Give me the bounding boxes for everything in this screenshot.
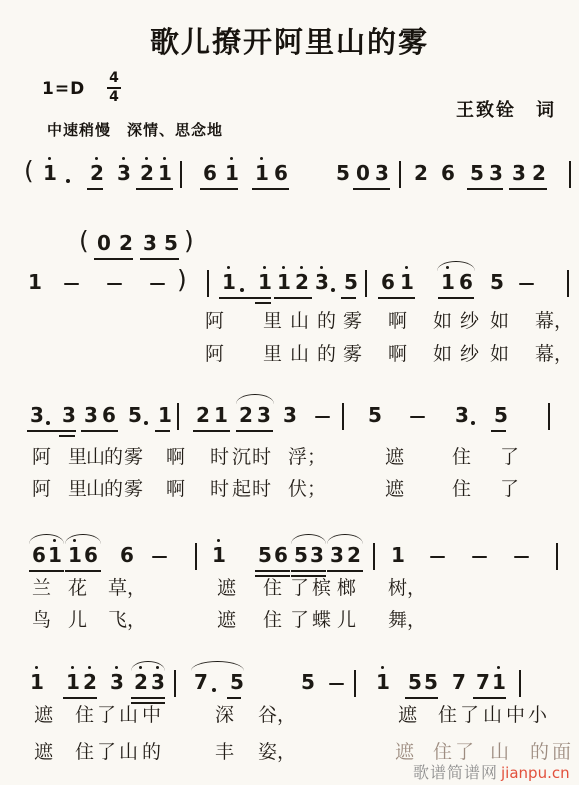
beam-line	[155, 430, 170, 432]
barline	[569, 161, 571, 188]
beam-line	[353, 188, 390, 190]
lyric-char: 飞，	[108, 610, 146, 632]
beam-line	[255, 570, 290, 572]
lyric-char: 了	[460, 705, 479, 727]
note-digit: 3	[30, 405, 44, 425]
beam-line	[291, 570, 326, 572]
lyric-char: 了	[290, 610, 309, 632]
note-digit: 5	[490, 272, 504, 292]
lyric-char: 儿	[68, 610, 87, 632]
lyric-char: 小	[528, 705, 547, 727]
beam-line	[94, 258, 133, 260]
lyric-char: 里	[68, 447, 87, 469]
lyric-char: 遮	[34, 742, 53, 764]
lyric-char: 山	[483, 705, 502, 727]
extension-dash	[430, 556, 445, 558]
barline	[207, 270, 209, 297]
note-digit: 1	[158, 163, 172, 183]
note-digit: 1	[376, 672, 390, 692]
lyric-char: 姿，	[258, 742, 296, 764]
note-digit: 5	[258, 545, 272, 565]
note-digit: 2	[532, 163, 546, 183]
note-digit: 2	[295, 272, 309, 292]
beam-line	[140, 258, 179, 260]
beam-line	[341, 297, 356, 299]
lyric-char: 纱	[460, 344, 479, 366]
lyric-char: 兰	[32, 578, 51, 600]
lyric-char: 啊	[388, 311, 407, 333]
lyric-char: 了	[500, 447, 519, 469]
slur-arc	[65, 534, 101, 544]
beam-line	[29, 570, 64, 572]
note-digit: 1	[30, 672, 44, 692]
note-digit: 2	[196, 405, 210, 425]
beam-line	[274, 297, 312, 299]
lyric-char: 里	[263, 311, 282, 333]
lyric-char: 的	[104, 479, 123, 501]
note-digit: 3	[117, 163, 131, 183]
lyric-char: 遮	[385, 447, 404, 469]
lyric-char: 住	[75, 742, 94, 764]
note-digit: 1	[43, 163, 57, 183]
lyric-char: 住	[438, 705, 457, 727]
lyric-char: 中	[142, 705, 161, 727]
lyric-char: 时	[252, 447, 271, 469]
note-digit: 1	[214, 405, 228, 425]
note-digit: 7	[194, 672, 208, 692]
lyric-char: 啊	[166, 479, 185, 501]
lyric-char: 住	[452, 447, 471, 469]
octave-dot	[260, 157, 264, 161]
beam-line	[291, 575, 326, 577]
note-digit: 5	[368, 405, 382, 425]
note-digit: 3	[489, 163, 503, 183]
lyric-char: 了	[97, 742, 116, 764]
beam-line	[236, 430, 273, 432]
lyric-char: 时	[252, 479, 271, 501]
lyric-char: 山	[119, 742, 138, 764]
octave-dot	[230, 157, 234, 161]
octave-dot	[122, 157, 126, 161]
note-digit: 5	[494, 405, 508, 425]
note-digit: 1	[277, 272, 291, 292]
lyric-char: 时	[210, 479, 229, 501]
octave-dot	[35, 666, 39, 670]
beam-line	[131, 697, 165, 699]
extension-dash	[150, 283, 165, 285]
slur-arc	[29, 534, 64, 544]
note-digit: 1	[225, 163, 239, 183]
barline	[373, 543, 375, 570]
lyric-char: 山	[290, 311, 309, 333]
lyric-char: 如	[490, 344, 509, 366]
beam-line	[255, 302, 271, 304]
extension-dash	[472, 556, 487, 558]
sheet-page: 歌儿撩开阿里山的雾 1=D 4 4 王致铨 词 中速稍慢 深情、思念地 (123…	[0, 0, 579, 785]
lyric-char: 如	[490, 311, 509, 333]
octave-dot	[263, 266, 267, 270]
lyric-char: 山	[86, 479, 105, 501]
note-digit: 1	[28, 272, 42, 292]
beam-line	[491, 430, 506, 432]
lyric-char: 阿	[32, 479, 51, 501]
lyric-char: 住	[263, 610, 282, 632]
lyric-char: 沉	[232, 447, 251, 469]
note-digit: 2	[347, 545, 361, 565]
note-digit: 3	[310, 545, 324, 565]
note-digit: 1	[158, 405, 172, 425]
lyric-char: 纱	[460, 311, 479, 333]
beam-line	[81, 430, 118, 432]
note-digit: 1	[68, 545, 82, 565]
octave-dot	[217, 539, 221, 543]
lyric-char: 了	[500, 479, 519, 501]
lyric-char: 了	[97, 705, 116, 727]
lyric-char: 花	[68, 578, 87, 600]
lyric-char: 阿	[32, 447, 51, 469]
note-digit: 1	[212, 545, 226, 565]
lyric-char: 雾	[343, 311, 362, 333]
note-digit: 5	[230, 672, 244, 692]
lyric-char: 遮	[217, 578, 236, 600]
note-digit: 1	[492, 672, 506, 692]
note-digit: 6	[32, 545, 46, 565]
note-digit: 6	[459, 272, 473, 292]
note-digit: 3	[283, 405, 297, 425]
lyric-char: 雾	[124, 447, 143, 469]
extension-dash	[107, 283, 122, 285]
barline	[365, 270, 367, 297]
extension-dash	[152, 556, 167, 558]
duration-dot	[240, 288, 244, 292]
lyric-char: 啊	[166, 447, 185, 469]
duration-dot	[66, 179, 70, 183]
note-digit: 3	[110, 672, 124, 692]
octave-dot	[95, 157, 99, 161]
octave-dot	[320, 266, 324, 270]
parenthesis: (	[24, 158, 34, 183]
lyric-char: 起	[232, 479, 251, 501]
note-digit: 7	[476, 672, 490, 692]
lyric-char: 如	[433, 311, 452, 333]
watermark-site-name: 歌谱简谱网	[413, 765, 498, 782]
lyric-char: 谷，	[258, 705, 296, 727]
note-digit: 2	[239, 405, 253, 425]
beam-line	[405, 697, 438, 699]
note-digit: 1	[391, 545, 405, 565]
lyric-char: 里	[263, 344, 282, 366]
octave-dot	[381, 666, 385, 670]
note-digit: 3	[257, 405, 271, 425]
lyric-char: 啊	[388, 344, 407, 366]
beam-line	[65, 570, 101, 572]
note-digit: 5	[470, 163, 484, 183]
lyric-char: 里	[68, 479, 87, 501]
lyric-char: 住	[452, 479, 471, 501]
note-digit: 5	[336, 163, 350, 183]
barline	[177, 403, 179, 430]
beam-line	[473, 697, 506, 699]
beam-line	[252, 188, 289, 190]
lyric-char: 树，	[388, 578, 426, 600]
lyric-char: 中	[506, 705, 525, 727]
note-digit: 3	[512, 163, 526, 183]
lyric-char: 儿	[337, 610, 356, 632]
octave-dot	[115, 666, 119, 670]
lyric-char: 浮；	[288, 447, 326, 469]
note-digit: 7	[452, 672, 466, 692]
note-digit: 3	[84, 405, 98, 425]
note-digit: 3	[455, 405, 469, 425]
lyric-char: 山	[119, 705, 138, 727]
lyric-char: 幕，	[535, 344, 573, 366]
octave-dot	[497, 666, 501, 670]
score: (123216116503265332(0235)1)11123561165阿里…	[0, 0, 579, 785]
barline	[548, 403, 550, 430]
lyric-char: 雾	[124, 479, 143, 501]
lyric-char: 槟	[312, 578, 331, 600]
duration-dot	[331, 288, 335, 292]
lyric-char: 遮	[395, 742, 414, 764]
duration-dot	[144, 421, 148, 425]
note-digit: 1	[222, 272, 236, 292]
duration-dot	[471, 421, 475, 425]
note-digit: 5	[294, 545, 308, 565]
lyric-char: 幕，	[535, 311, 573, 333]
note-digit: 6	[84, 545, 98, 565]
note-digit: 6	[120, 545, 134, 565]
extension-dash	[64, 283, 79, 285]
lyric-char: 时	[210, 447, 229, 469]
note-digit: 5	[164, 233, 178, 253]
note-digit: 3	[151, 672, 165, 692]
note-digit: 3	[143, 233, 157, 253]
note-digit: 1	[66, 672, 80, 692]
octave-dot	[405, 266, 409, 270]
lyric-char: 舞，	[388, 610, 426, 632]
beam-line	[59, 435, 75, 437]
parenthesis: (	[79, 228, 89, 253]
lyric-char: 鸟	[32, 610, 51, 632]
beam-line	[200, 188, 238, 190]
beam-line	[378, 297, 415, 299]
slur-arc	[327, 534, 363, 544]
note-digit: 5	[408, 672, 422, 692]
octave-dot	[88, 666, 92, 670]
note-digit: 5	[424, 672, 438, 692]
beam-line	[63, 697, 97, 699]
watermark: 歌谱简谱网jianpu.cn	[413, 760, 570, 783]
octave-dot	[163, 157, 167, 161]
note-digit: 2	[119, 233, 133, 253]
lyric-char: 草，	[108, 578, 146, 600]
note-digit: 6	[274, 163, 288, 183]
octave-dot	[71, 666, 75, 670]
barline	[519, 670, 521, 697]
lyric-char: 遮	[398, 705, 417, 727]
watermark-site-url: jianpu.cn	[501, 764, 570, 782]
lyric-char: 遮	[385, 479, 404, 501]
lyric-char: 的	[142, 742, 161, 764]
lyric-char: 深	[215, 705, 234, 727]
beam-line	[255, 575, 290, 577]
octave-dot	[145, 157, 149, 161]
note-digit: 0	[97, 233, 111, 253]
beam-line	[438, 297, 474, 299]
barline	[195, 543, 197, 570]
barline	[354, 670, 356, 697]
extension-dash	[519, 283, 534, 285]
beam-line	[327, 570, 363, 572]
note-digit: 2	[134, 672, 148, 692]
lyric-char: 蝶	[312, 610, 331, 632]
lyric-char: 的	[317, 311, 336, 333]
beam-line	[27, 430, 76, 432]
barline	[342, 403, 344, 430]
parenthesis: )	[184, 228, 194, 253]
note-digit: 6	[274, 545, 288, 565]
note-digit: 1	[258, 272, 272, 292]
lyric-char: 山	[86, 447, 105, 469]
note-digit: 2	[90, 163, 104, 183]
octave-dot	[48, 157, 52, 161]
note-digit: 6	[102, 405, 116, 425]
extension-dash	[329, 683, 344, 685]
lyric-char: 如	[433, 344, 452, 366]
beam-line	[193, 430, 230, 432]
lyric-char: 住	[75, 705, 94, 727]
note-digit: 5	[301, 672, 315, 692]
note-digit: 6	[203, 163, 217, 183]
note-digit: 5	[128, 405, 142, 425]
parenthesis: )	[177, 267, 187, 292]
lyric-char: 了	[290, 578, 309, 600]
lyric-char: 遮	[34, 705, 53, 727]
lyric-char: 伏；	[288, 479, 326, 501]
slur-arc	[437, 261, 475, 271]
duration-dot	[46, 421, 50, 425]
note-digit: 1	[48, 545, 62, 565]
barline	[180, 161, 182, 188]
note-digit: 6	[381, 272, 395, 292]
lyric-char: 住	[263, 578, 282, 600]
lyric-char: 雾	[343, 344, 362, 366]
lyric-char: 的	[317, 344, 336, 366]
note-digit: 1	[255, 163, 269, 183]
beam-line	[219, 297, 271, 299]
note-digit: 6	[441, 163, 455, 183]
beam-line	[131, 702, 165, 704]
lyric-char: 山	[290, 344, 309, 366]
slur-arc	[191, 661, 244, 671]
note-digit: 5	[344, 272, 358, 292]
duration-dot	[212, 688, 216, 692]
beam-line	[136, 188, 173, 190]
note-digit: 0	[356, 163, 370, 183]
note-digit: 1	[400, 272, 414, 292]
barline	[174, 670, 176, 697]
note-digit: 3	[62, 405, 76, 425]
lyric-char: 丰	[215, 742, 234, 764]
barline	[556, 543, 558, 570]
octave-dot	[300, 266, 304, 270]
beam-line	[87, 188, 103, 190]
octave-dot	[227, 266, 231, 270]
beam-line	[509, 188, 547, 190]
note-digit: 2	[83, 672, 97, 692]
lyric-char: 阿	[205, 344, 224, 366]
slur-arc	[131, 661, 165, 671]
extension-dash	[315, 416, 330, 418]
beam-line	[467, 188, 503, 190]
note-digit: 3	[330, 545, 344, 565]
lyric-char: 阿	[205, 311, 224, 333]
note-digit: 3	[375, 163, 389, 183]
lyric-char: 榔	[337, 578, 356, 600]
octave-dot	[282, 266, 286, 270]
extension-dash	[514, 556, 529, 558]
slur-arc	[291, 534, 326, 544]
note-digit: 1	[441, 272, 455, 292]
beam-line	[227, 697, 241, 699]
note-digit: 2	[414, 163, 428, 183]
note-digit: 2	[140, 163, 154, 183]
slur-arc	[236, 394, 274, 404]
barline	[399, 161, 401, 188]
note-digit: 3	[315, 272, 329, 292]
lyric-char: 的	[104, 447, 123, 469]
lyric-char: 遮	[217, 610, 236, 632]
barline	[567, 270, 569, 297]
extension-dash	[410, 416, 425, 418]
